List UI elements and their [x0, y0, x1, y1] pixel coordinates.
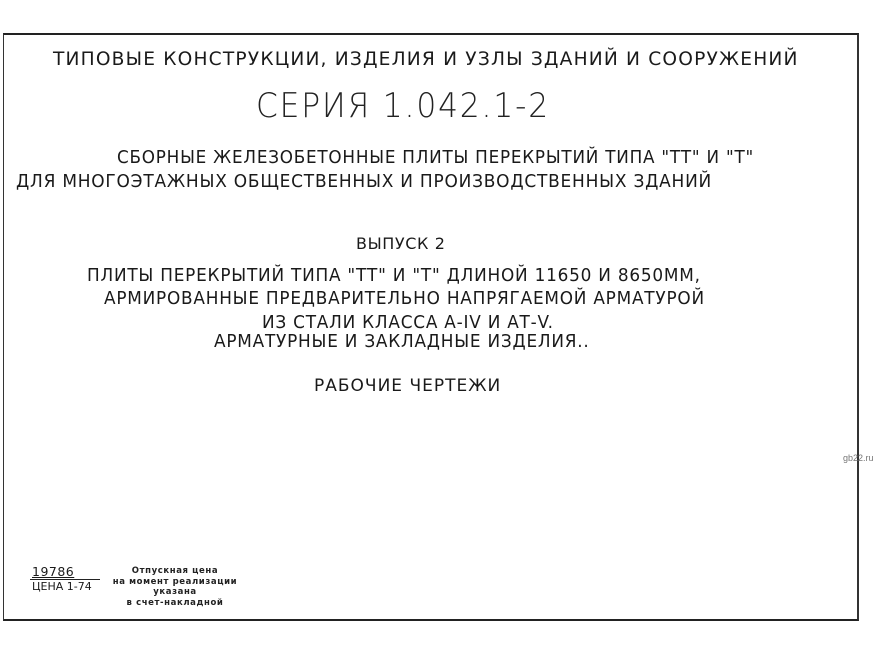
- description-line-4: Арматурные и закладные изделия..: [214, 332, 590, 352]
- description-line-1: Плиты перекрытий типа "ТТ" и "Т" длиной …: [87, 266, 701, 286]
- price-note-line-2: на момент реализации: [110, 577, 240, 588]
- price-note: Отпускная цена на момент реализации указ…: [110, 566, 240, 608]
- price-note-line-1: Отпускная цена: [110, 566, 240, 577]
- watermark: gb22.ru: [843, 453, 874, 463]
- title-line-1: Сборные железобетонные плиты перекрытий …: [117, 148, 754, 168]
- price-note-line-4: в счет-накладной: [110, 598, 240, 609]
- catalog-block: 19786 Цена 1-74: [30, 565, 100, 594]
- series-title: Серия 1.042.1-2: [256, 86, 550, 126]
- document-type: Рабочие чертежи: [314, 376, 501, 396]
- description-line-2: армированные предварительно напрягаемой …: [104, 289, 705, 309]
- document-header: Типовые конструкции, изделия и узлы здан…: [53, 48, 799, 70]
- description-line-3: из стали класса А-IV и Ат-V.: [262, 313, 554, 333]
- title-line-2: для многоэтажных общественных и производ…: [16, 172, 712, 192]
- catalog-price: Цена 1-74: [30, 580, 100, 594]
- price-note-line-3: указана: [110, 587, 240, 598]
- catalog-number: 19786: [30, 565, 100, 580]
- issue-label: Выпуск 2: [356, 234, 445, 253]
